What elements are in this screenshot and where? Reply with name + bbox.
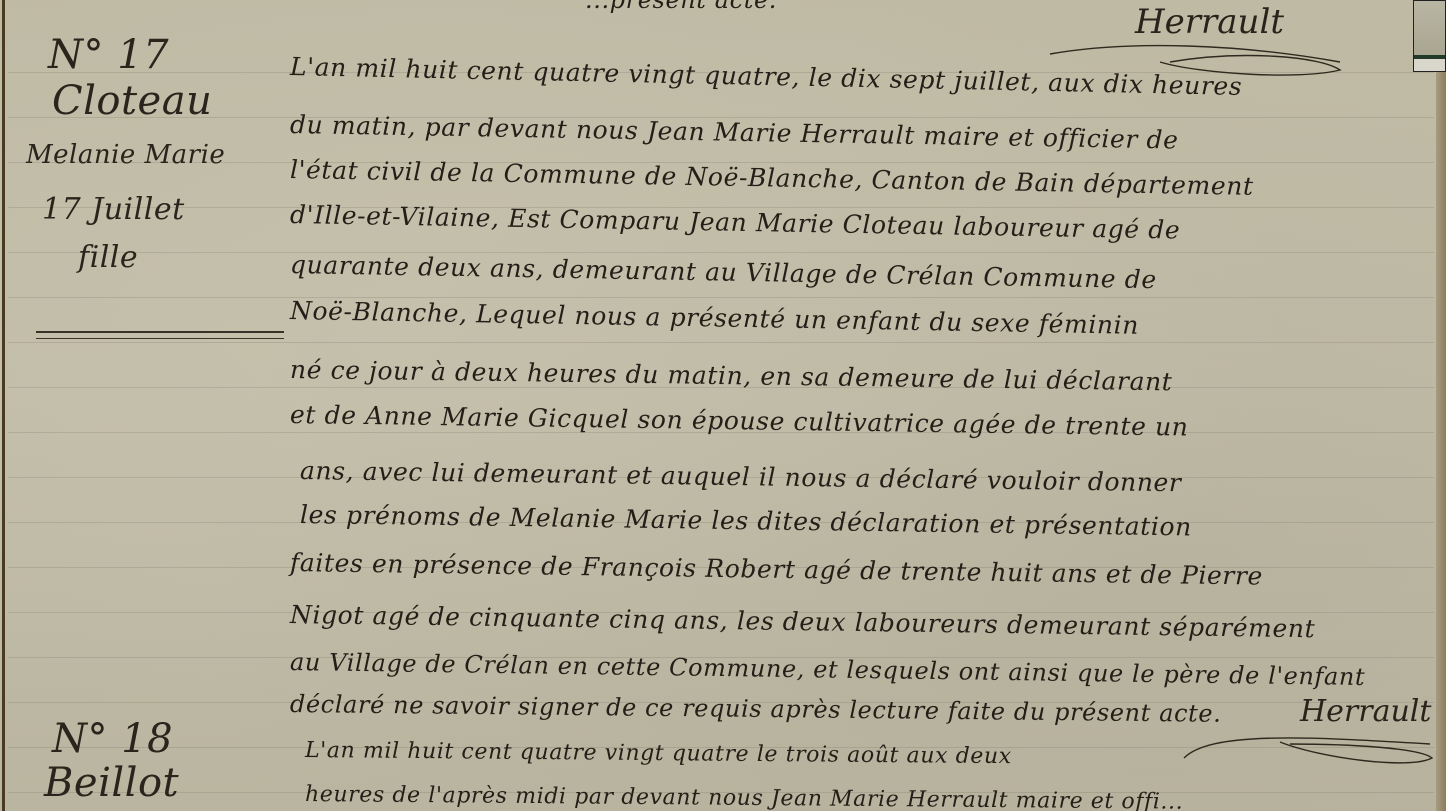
body-line: ans, avec lui demeurant et auquel il nou…	[300, 456, 1182, 497]
ruled-line	[8, 297, 1434, 298]
body-line: Noë-Blanche, Lequel nous a présenté un e…	[290, 296, 1139, 340]
entry-separator	[36, 331, 284, 333]
body-line: heures de l'après midi par devant nous J…	[305, 782, 1183, 811]
binding-edge	[2, 0, 5, 811]
signature-flourish	[1180, 728, 1440, 776]
ruled-line	[8, 342, 1434, 343]
thumbnail-preview[interactable]	[1413, 0, 1446, 72]
body-line: Nigot agé de cinquante cinq ans, les deu…	[290, 600, 1316, 643]
body-line: et de Anne Marie Gicquel son épouse cult…	[290, 400, 1189, 442]
entry-number: N° 18	[52, 716, 173, 762]
body-line: quarante deux ans, demeurant au Village …	[290, 250, 1157, 294]
body-line: les prénoms de Melanie Marie les dites d…	[300, 500, 1192, 541]
body-line: déclaré ne savoir signer de ce requis ap…	[290, 690, 1222, 728]
signature-previous: Herrault	[1135, 2, 1284, 42]
previous-entry-tail: ...présent acte.	[585, 0, 777, 14]
entry-number: N° 17	[48, 32, 169, 78]
signature-entry-17: Herrault	[1300, 694, 1431, 729]
register-page: ...présent acte. Herrault N° 17 Cloteau …	[0, 0, 1446, 811]
entry-separator	[36, 338, 284, 339]
body-line: faites en présence de François Robert ag…	[290, 548, 1263, 591]
entry-date: 17 Juillet	[42, 192, 185, 227]
page-edge	[1436, 0, 1446, 811]
body-line: né ce jour à deux heures du matin, en sa…	[290, 355, 1173, 396]
entry-sex: fille	[78, 240, 138, 275]
thumbnail-image	[1414, 1, 1445, 59]
ruled-line	[8, 252, 1434, 253]
entry-surname: Cloteau	[52, 78, 212, 124]
body-line: au Village de Crélan en cette Commune, e…	[290, 648, 1366, 691]
body-line: L'an mil huit cent quatre vingt quatre l…	[305, 738, 1012, 769]
entry-surname: Beillot	[44, 760, 179, 806]
entry-given-names: Melanie Marie	[26, 140, 225, 170]
